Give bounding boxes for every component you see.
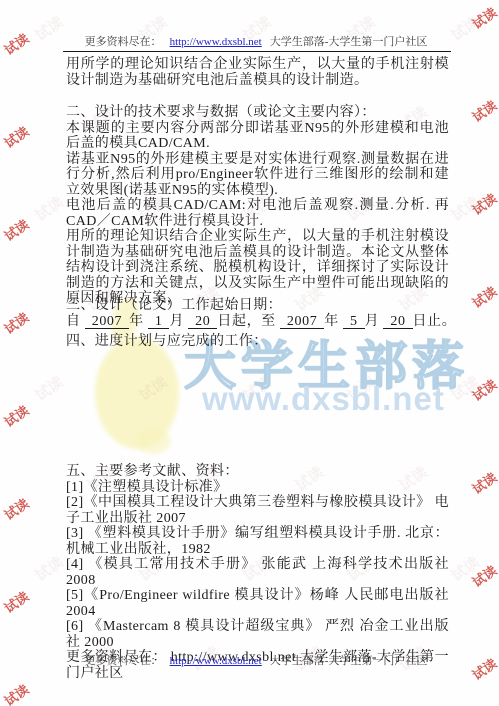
month-unit: 月 [169,314,184,329]
section-3-title: 三、设计（论文）工作起始日期： [66,298,449,314]
header-divider [63,51,451,52]
shidu-stamp-watermark: 试读 [0,400,32,430]
month-unit: 月 [365,314,380,329]
shidu-stamp-watermark: 试读 [0,307,32,337]
shidu-stamp-watermark: 试读 [31,371,68,405]
paragraph-text: 用所学的理论知识结合企业实际生产，以大量的手机注射模设计制造为基础研究电池后盖模… [66,57,449,88]
year-unit: 年 [129,314,144,329]
section-2-requirements: 二、设计的技术要求与数据（或论文主要内容）： 本课题的主要内容分两部分即诺基亚N… [66,105,449,307]
date-lead: 自 [66,314,81,329]
year-unit: 年 [324,314,339,329]
section-5-title: 五、主要参考文献、资料： [66,464,449,480]
footer-site-link[interactable]: http://www.dxsbl.net [170,655,262,667]
shidu-stamp-watermark: 试读 [468,560,499,590]
shidu-stamp-watermark: 试读 [0,679,32,706]
shidu-stamp-watermark: 试读 [31,191,68,225]
document-page: 大学生部落 www.dxsbl.net 更多资料尽在：http://www.dx… [0,0,499,706]
paragraph-text: 本课题的主要内容分两部分即诺基亚N95的外形建模和电池后盖的模具CAD/CAM. [66,121,449,152]
section-2-paragraphs: 本课题的主要内容分两部分即诺基亚N95的外形建模和电池后盖的模具CAD/CAM.… [66,121,449,307]
header-site-title: 大学生部落-大学生第一门户社区 [270,36,428,48]
page-footer: 更多资料尽在：http://www.dxsbl.net大学生部落-大学生第一门户… [60,652,452,668]
end-month-value: 5 [343,315,365,329]
intro-paragraph: 用所学的理论知识结合企业实际生产，以大量的手机注射模设计制造为基础研究电池后盖模… [66,57,449,88]
shidu-stamp-watermark: 试读 [0,586,32,616]
shidu-stamp-watermark: 试读 [468,281,499,311]
site-url-watermark: www.dxsbl.net [202,380,445,418]
reference-item: [1]《注塑模具设计标准》 [66,480,449,496]
section-4-schedule: 四、进度计划与应完成的工作： [66,334,449,350]
section-3-dates: 三、设计（论文）工作起始日期： 自 2007年 1月 20日起，至 2007年 … [66,298,449,329]
shidu-stamp-watermark: 试读 [468,95,499,125]
reference-item: [4] 《模具工常用技术手册》 张能武 上海科学技术出版社 2008 [66,557,449,588]
shidu-stamp-watermark: 试读 [31,551,68,585]
paragraph-text: 用所的理论知识结合企业实际生产，以大量的手机注射模设计制造为基础研究电池后盖模具… [66,229,449,307]
end-year-value: 2007 [280,315,324,329]
shidu-stamp-watermark: 试读 [447,11,484,45]
header-more-label: 更多资料尽在： [85,36,162,48]
reference-item: [2]《中国模具工程设计大典第三卷塑料与橡胶模具设计》 电子工业出版社 2007 [66,495,449,526]
reference-item: [3] 《塑料模具设计手册》编写组塑料模具设计手册. 北京：机械工业出版社，19… [66,526,449,557]
paragraph-text: 诺基亚N95的外形建模主要是对实体进行观察.测量数据在进行分析,然后利用pro/… [66,152,449,199]
shidu-stamp-watermark: 试读 [0,28,32,58]
header-site-link[interactable]: http://www.dxsbl.net [170,36,262,48]
paragraph-text: 电池后盖的模具CAD/CAM:对电池后盖观察.测量.分析. 再CAD／CAM软件… [66,198,449,229]
footer-more-label: 更多资料尽在： [85,655,162,667]
shidu-stamp-watermark: 试读 [468,653,499,683]
shidu-stamp-watermark: 试读 [468,2,499,32]
footer-site-title: 大学生部落-大学生第一门户社区 [270,655,428,667]
mascot-blob [135,428,171,454]
shidu-stamp-watermark: 试读 [468,188,499,218]
section-5-references: 五、主要参考文献、资料： [1]《注塑模具设计标准》[2]《中国模具工程设计大典… [66,464,449,681]
date-range-line: 自 2007年 1月 20日起，至 2007年 5月 20日止。 [66,314,449,330]
shidu-stamp-watermark: 试读 [0,214,32,244]
reference-item: [6] 《Mastercam 8 模具设计超级宝典》 严烈 冶金工业出版社 20… [66,619,449,650]
section-4-title: 四、进度计划与应完成的工作： [66,334,449,350]
start-month-value: 1 [148,315,170,329]
shidu-stamp-watermark: 试读 [447,191,484,225]
shidu-stamp-watermark: 试读 [468,374,499,404]
section-2-title: 二、设计的技术要求与数据（或论文主要内容）： [66,105,449,121]
shidu-stamp-watermark: 试读 [0,493,32,523]
start-day-value: 20 [188,315,217,329]
date-tail: 日止。 [413,314,457,329]
end-day-value: 20 [383,315,412,329]
page-header: 更多资料尽在：http://www.dxsbl.net大学生部落-大学生第一门户… [60,33,452,49]
reference-list: [1]《注塑模具设计标准》[2]《中国模具工程设计大典第三卷塑料与橡胶模具设计》… [66,480,449,651]
start-year-value: 2007 [85,315,129,329]
reference-item: [5]《Pro/Engineer wildfire 模具设计》杨峰 人民邮电出版… [66,588,449,619]
shidu-stamp-watermark: 试读 [0,121,32,151]
shidu-stamp-watermark: 试读 [447,551,484,585]
shidu-stamp-watermark: 试读 [468,467,499,497]
date-mid: 日起，至 [217,314,275,329]
